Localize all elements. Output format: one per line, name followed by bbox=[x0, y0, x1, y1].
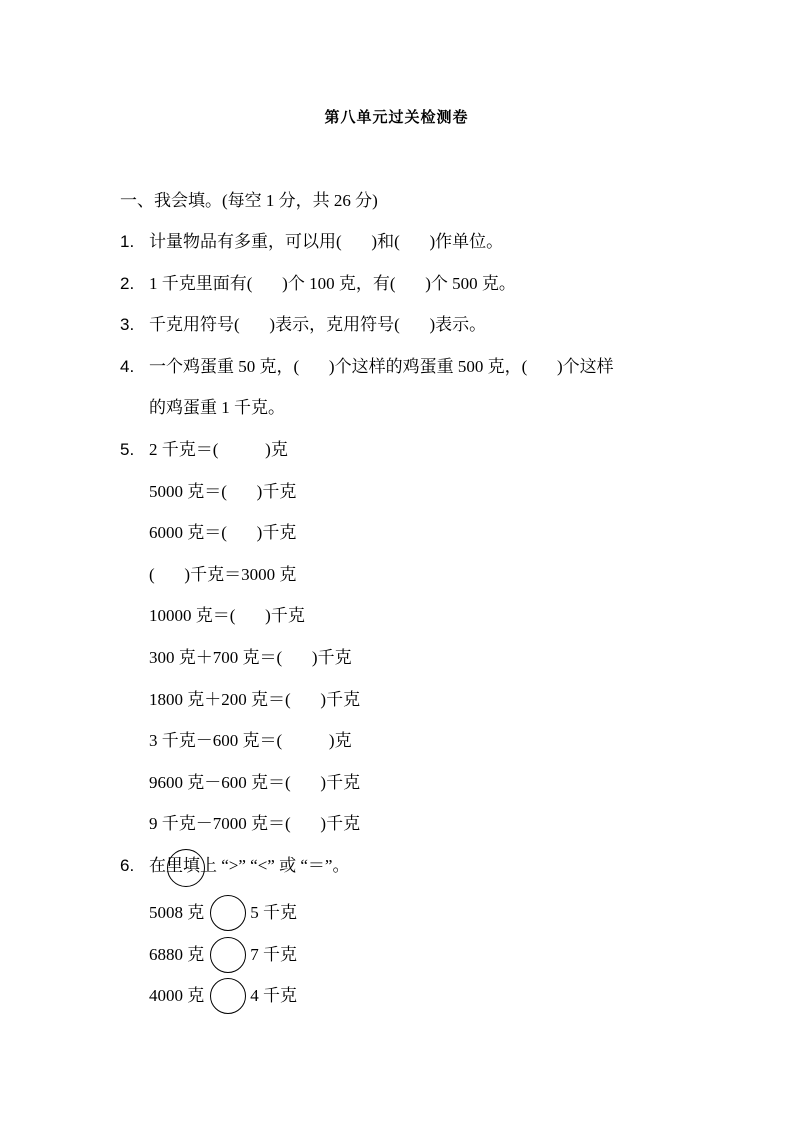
question-number: 1. bbox=[120, 231, 149, 253]
page-title: 第八单元过关检测卷 bbox=[0, 106, 793, 127]
question-1: 1.计量物品有多重，可以用( )和( )作单位。 bbox=[120, 231, 503, 253]
answer-circle[interactable] bbox=[210, 937, 246, 973]
comparison-right: 7 千克 bbox=[250, 945, 297, 964]
question-5: 5.2 千克＝( )克 bbox=[120, 439, 288, 461]
comparison-left: 5008 克 bbox=[149, 903, 204, 922]
conversion-item: 3 千克－600 克＝( )克 bbox=[149, 730, 352, 752]
comparison-right: 5 千克 bbox=[250, 903, 297, 922]
question-text: 计量物品有多重，可以用( )和( )作单位。 bbox=[149, 232, 503, 251]
question-4: 4.一个鸡蛋重 50 克，( )个这样的鸡蛋重 500 克，( )个这样 bbox=[120, 356, 614, 378]
comparison-row: 5008 克5 千克 bbox=[149, 896, 297, 932]
comparison-row: 6880 克7 千克 bbox=[149, 938, 297, 974]
question-text: 1 千克里面有( )个 100 克，有( )个 500 克。 bbox=[149, 274, 516, 293]
question-text: 千克用符号( )表示，克用符号( )表示。 bbox=[149, 315, 486, 334]
conversion-item: ( )千克＝3000 克 bbox=[149, 564, 296, 586]
comparison-left: 6880 克 bbox=[149, 945, 204, 964]
conversion-item: 10000 克＝( )千克 bbox=[149, 605, 305, 627]
question-2: 2.1 千克里面有( )个 100 克，有( )个 500 克。 bbox=[120, 273, 516, 295]
question-number: 6. bbox=[120, 855, 149, 877]
circle-symbol-icon bbox=[167, 849, 205, 887]
comparison-right: 4 千克 bbox=[250, 986, 297, 1005]
conversion-item: 9 千克－7000 克＝( )千克 bbox=[149, 813, 360, 835]
conversion-item: 1800 克＋200 克＝( )千克 bbox=[149, 689, 360, 711]
question-3: 3.千克用符号( )表示，克用符号( )表示。 bbox=[120, 314, 486, 336]
question-number: 3. bbox=[120, 314, 149, 336]
question-6: 6.在里填上 “>” “<” 或 “＝”。 bbox=[120, 855, 349, 877]
question-number: 2. bbox=[120, 273, 149, 295]
question-number: 5. bbox=[120, 439, 149, 461]
conversion-item: 300 克＋700 克＝( )千克 bbox=[149, 647, 352, 669]
comparison-row: 4000 克4 千克 bbox=[149, 979, 297, 1015]
answer-circle[interactable] bbox=[210, 895, 246, 931]
conversion-item: 6000 克＝( )千克 bbox=[149, 522, 296, 544]
question-4-continuation: 的鸡蛋重 1 千克。 bbox=[149, 397, 285, 419]
section-heading: 一、我会填。(每空 1 分，共 26 分) bbox=[120, 190, 378, 212]
question-text: 一个鸡蛋重 50 克，( )个这样的鸡蛋重 500 克，( )个这样 bbox=[149, 357, 614, 376]
conversion-item: 9600 克－600 克＝( )千克 bbox=[149, 772, 360, 794]
question-number: 4. bbox=[120, 356, 149, 378]
answer-circle[interactable] bbox=[210, 978, 246, 1014]
comparison-left: 4000 克 bbox=[149, 986, 204, 1005]
conversion-item: 2 千克＝( )克 bbox=[149, 440, 288, 459]
conversion-item: 5000 克＝( )千克 bbox=[149, 481, 296, 503]
